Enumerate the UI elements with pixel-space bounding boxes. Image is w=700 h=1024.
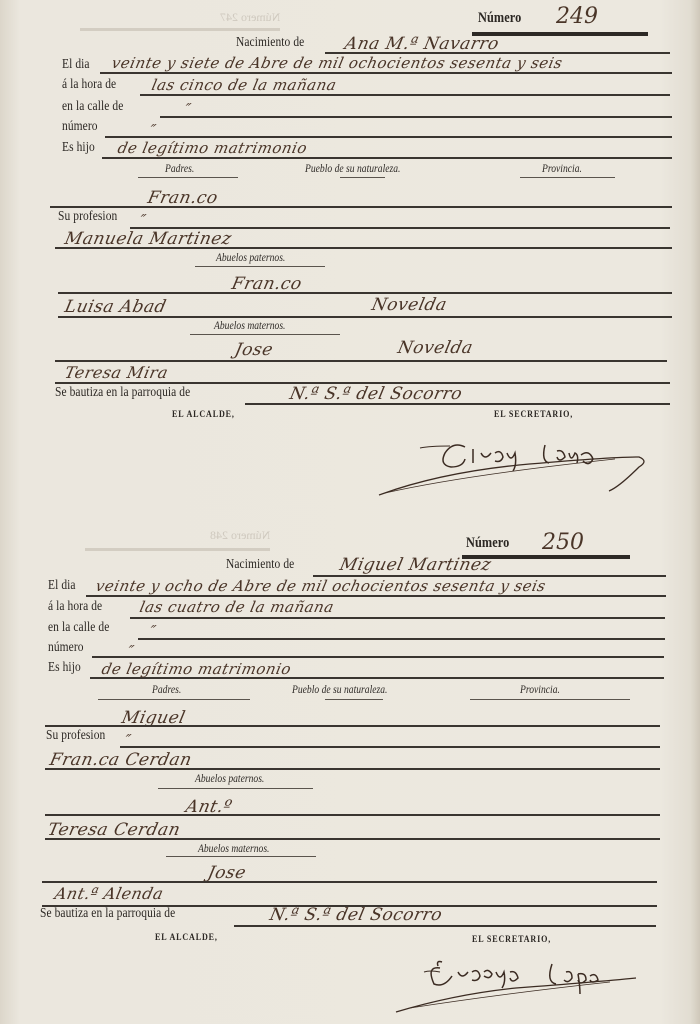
father-name: Fran.co <box>146 188 220 208</box>
rule <box>120 746 660 748</box>
padres-caption: Padres. <box>165 161 194 176</box>
rule <box>195 266 325 267</box>
record-number: 249 <box>556 4 598 29</box>
secretary-signature: Eleodoro Lopez <box>375 425 655 505</box>
rule <box>140 94 670 96</box>
secretario-label: EL SECRETARIO, <box>472 935 551 945</box>
nacimiento-label: Nacimiento de <box>236 35 304 51</box>
abuelos-paternos-caption: Abuelos paternos. <box>216 250 285 265</box>
child-name: Miguel Martinez <box>338 555 493 575</box>
profesion-label: Su profesion <box>58 209 117 225</box>
paternal-grandmother: Luisa Abad <box>63 297 168 317</box>
rule <box>130 617 665 619</box>
paternal-grandmother: Teresa Cerdan <box>46 820 182 840</box>
rule <box>58 316 672 318</box>
maternal-grandmother: Teresa Mira <box>63 363 170 382</box>
numero-calle-label: número <box>48 640 84 656</box>
abuelos-paternos-caption: Abuelos paternos. <box>195 771 264 786</box>
birth-hour: las cinco de la mañana <box>150 76 338 94</box>
pueblo-caption: Pueblo de su naturaleza. <box>305 161 400 176</box>
numero-label: Número <box>466 535 509 552</box>
rule <box>158 788 313 789</box>
filiation: de legítimo matrimonio <box>116 139 309 157</box>
rule <box>102 157 672 159</box>
maternal-grandfather: Jose <box>206 863 248 883</box>
provincia-caption: Provincia. <box>542 161 582 176</box>
birth-date: veinte y ocho de Abre de mil ochocientos… <box>94 577 548 595</box>
rule <box>98 699 250 700</box>
rule <box>92 656 664 658</box>
maternal-grandfather: Jose <box>233 340 275 360</box>
calle-label: en la calle de <box>48 620 109 636</box>
es-hijo-label: Es hijo <box>62 140 95 156</box>
pueblo-caption: Pueblo de su naturaleza. <box>292 682 387 697</box>
paternal-grandfather: Fran.co <box>230 274 304 294</box>
calle-label: en la calle de <box>62 99 123 115</box>
maternal-grandfather-town: Novelda <box>396 338 475 358</box>
bleed-through-rule <box>80 28 280 31</box>
rule <box>100 72 672 74</box>
hora-label: á la hora de <box>62 77 116 93</box>
parish: N.ª S.ª del Socorro <box>288 384 464 404</box>
record-number: 250 <box>542 530 584 555</box>
register-page: Número 247 Número 248 Número 249 Nacimie… <box>0 0 700 1024</box>
bleed-through-text: Número 247 <box>220 10 280 25</box>
numero-label: Número <box>478 10 521 27</box>
rule <box>234 925 656 927</box>
numero-calle-label: número <box>62 119 98 135</box>
rule <box>42 881 657 883</box>
rule <box>50 206 672 208</box>
birth-date: veinte y siete de Abre de mil ochociento… <box>110 54 564 72</box>
rule <box>86 595 666 597</box>
rule <box>105 136 672 138</box>
secretary-signature: Eleodoro Lopez <box>390 950 660 1024</box>
birth-hour: las cuatro de la mañana <box>138 598 336 616</box>
hora-label: á la hora de <box>48 599 102 615</box>
abuelos-maternos-caption: Abuelos maternos. <box>198 841 269 856</box>
alcalde-label: EL ALCALDE, <box>155 933 218 943</box>
rule <box>325 699 383 700</box>
rule <box>45 814 660 816</box>
parroquia-label: Se bautiza en la parroquia de <box>40 906 175 922</box>
rule <box>138 177 238 178</box>
rule <box>166 856 316 857</box>
rule <box>58 292 672 294</box>
secretario-label: EL SECRETARIO, <box>494 410 573 420</box>
alcalde-label: EL ALCALDE, <box>172 410 235 420</box>
rule <box>160 116 672 118</box>
bleed-through-rule <box>85 548 270 551</box>
child-name: Ana M.ª Navarro <box>343 34 501 54</box>
profesion-label: Su profesion <box>46 728 105 744</box>
el-dia-label: El dia <box>48 578 76 594</box>
provincia-caption: Provincia. <box>520 682 560 697</box>
rule <box>45 768 660 770</box>
padres-caption: Padres. <box>152 682 181 697</box>
el-dia-label: El dia <box>62 57 90 73</box>
rule <box>190 334 340 335</box>
rule <box>55 360 667 362</box>
paternal-grandmother-town: Novelda <box>370 295 449 315</box>
parroquia-label: Se bautiza en la parroquia de <box>55 385 190 401</box>
rule <box>45 838 660 840</box>
rule <box>138 638 665 640</box>
mother-name: Fran.ca Cerdan <box>48 750 194 770</box>
es-hijo-label: Es hijo <box>48 660 81 676</box>
mother-name: Manuela Martinez <box>63 229 234 249</box>
abuelos-maternos-caption: Abuelos maternos. <box>214 318 285 333</box>
filiation: de legítimo matrimonio <box>100 660 293 678</box>
rule <box>520 177 615 178</box>
rule <box>470 699 630 700</box>
rule <box>340 177 385 178</box>
nacimiento-label: Nacimiento de <box>226 557 294 573</box>
maternal-grandmother: Ant.ª Alenda <box>53 884 165 903</box>
bleed-through-text: Número 248 <box>210 528 270 543</box>
rule <box>55 247 672 249</box>
rule <box>45 725 660 727</box>
parish: N.ª S.ª del Socorro <box>268 905 444 925</box>
